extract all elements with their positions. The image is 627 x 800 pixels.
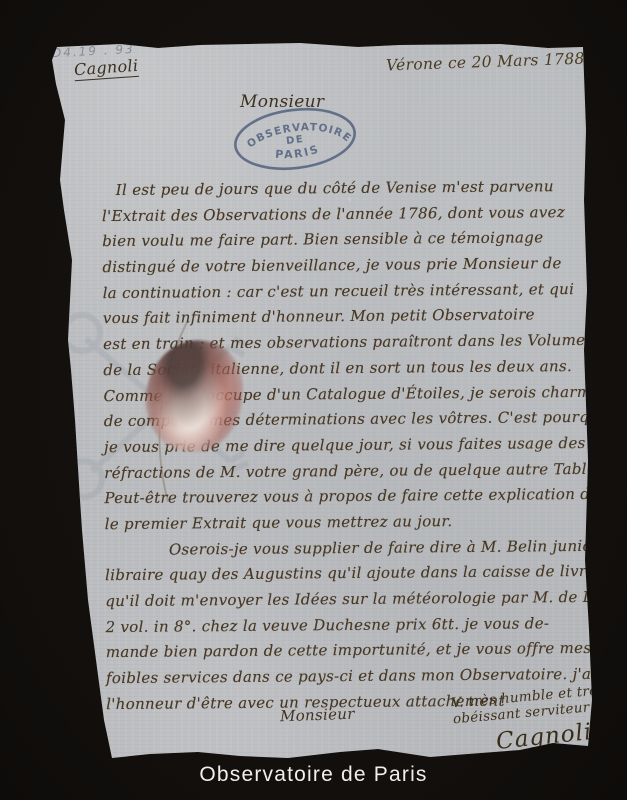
photograph-background: D4.19 . 93 Cagnoli Vérone ce 20 Mars 178… bbox=[0, 0, 627, 800]
body-line: Il est peu de jours que du côté de Venis… bbox=[102, 174, 590, 204]
observatoire-stamp-icon: OBSERVATOIRE DE PARIS bbox=[224, 96, 366, 182]
dateline: Vérone ce 20 Mars 1788 bbox=[386, 50, 585, 75]
signature-cagnoli: Cagnoli bbox=[495, 719, 594, 755]
caption-text: Observatoire de Paris bbox=[0, 763, 627, 787]
letter-paper: D4.19 . 93 Cagnoli Vérone ce 20 Mars 178… bbox=[48, 40, 596, 765]
body-line: foibles services dans ce pays-ci et dans… bbox=[106, 662, 594, 692]
body-line: distingué de votre bienveillance, je vou… bbox=[102, 251, 590, 281]
stamp-text-middle: DE bbox=[286, 134, 305, 147]
body-line: qu'il doit m'envoyer les Idées sur la mé… bbox=[105, 585, 593, 615]
body-line: le premier Extrait que vous mettrez au j… bbox=[105, 509, 445, 538]
annotation-cagnoli: Cagnoli bbox=[73, 56, 138, 79]
body-line: Peut-être trouverez vous à propos de fai… bbox=[104, 482, 592, 512]
closing-salutation: Monsieur bbox=[280, 705, 355, 726]
